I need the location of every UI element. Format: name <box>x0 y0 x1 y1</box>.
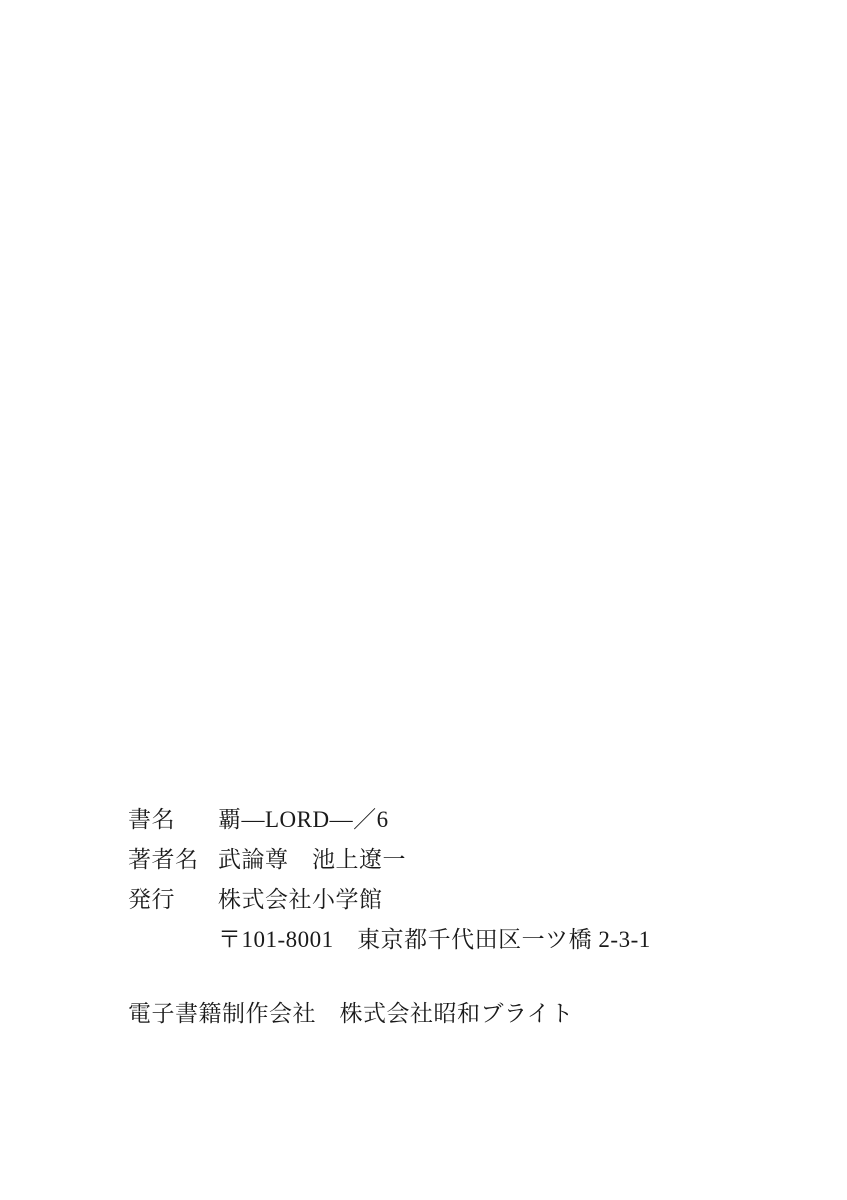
colophon-page: 書名 覇―LORD―／6 著者名 武論尊 池上遼一 発行 株式会社小学館 〒10… <box>0 0 847 1200</box>
book-title-value: 覇―LORD―／6 <box>218 800 389 840</box>
publisher-address-row: 〒101-8001 東京都千代田区一ツ橋 2-3-1 <box>128 920 651 960</box>
publisher-label: 発行 <box>128 880 218 920</box>
publisher-value: 株式会社小学館 <box>218 880 383 920</box>
colophon-block: 書名 覇―LORD―／6 著者名 武論尊 池上遼一 発行 株式会社小学館 〒10… <box>128 800 651 1034</box>
author-row: 著者名 武論尊 池上遼一 <box>128 840 651 880</box>
book-title-label: 書名 <box>128 800 218 840</box>
publisher-address-value: 〒101-8001 東京都千代田区一ツ橋 2-3-1 <box>218 920 651 960</box>
author-value: 武論尊 池上遼一 <box>218 840 406 880</box>
author-label: 著者名 <box>128 840 218 880</box>
book-title-row: 書名 覇―LORD―／6 <box>128 800 651 840</box>
ebook-production-company-line: 電子書籍制作会社 株式会社昭和ブライト <box>128 994 651 1034</box>
publisher-row: 発行 株式会社小学館 <box>128 880 651 920</box>
